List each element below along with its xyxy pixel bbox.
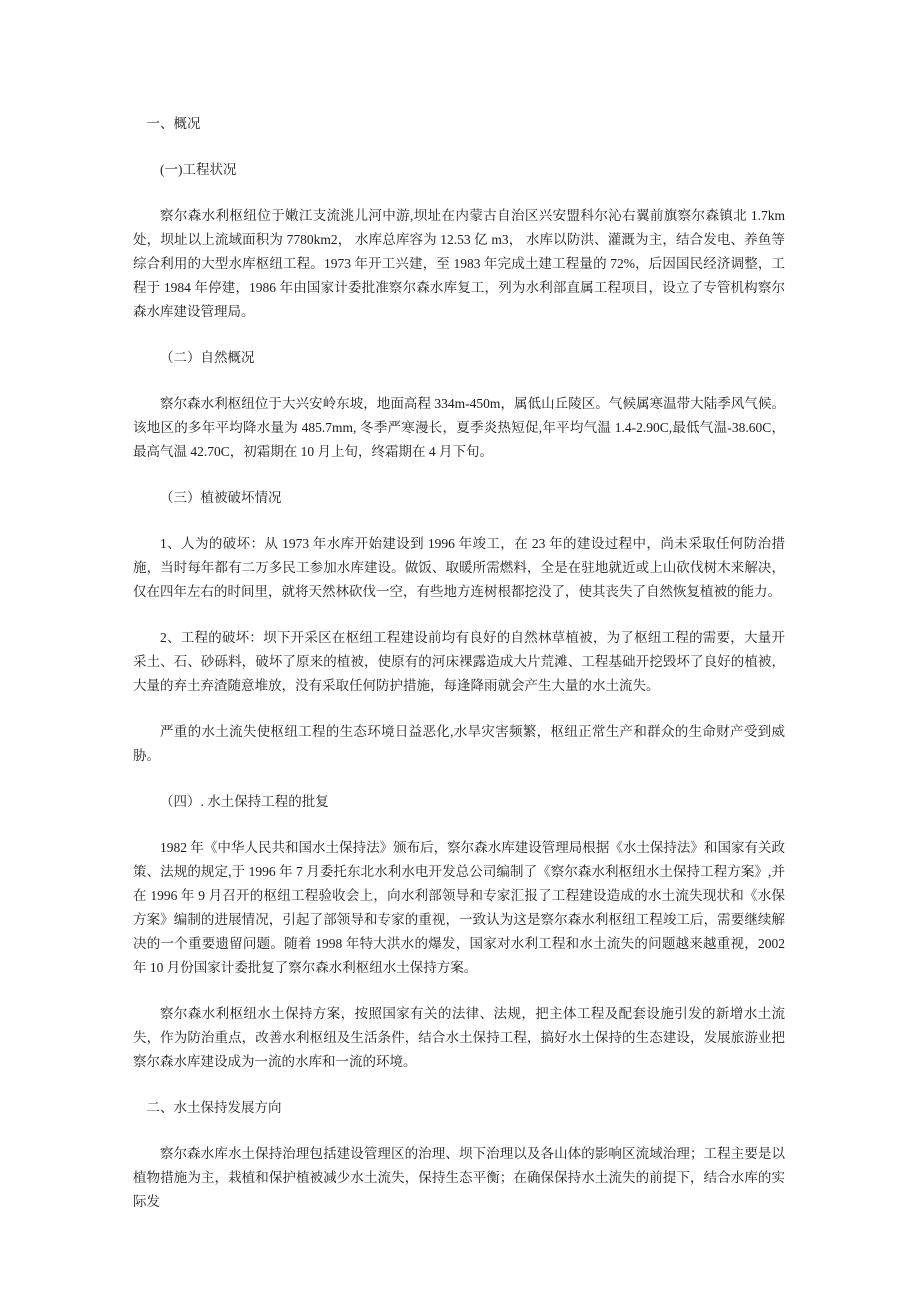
paragraph-project-status: 察尔森水利枢纽位于嫩江支流洮儿河中游,坝址在内蒙古自治区兴安盟科尔沁右翼前旗察尔… bbox=[133, 204, 785, 324]
paragraph-plan-focus: 察尔森水利枢纽水土保持方案，按照国家有关的法律、法规，把主体工程及配套设施引发的… bbox=[133, 1002, 785, 1074]
document-content: 一、概况 (一)工程状况 察尔森水利枢纽位于嫩江支流洮儿河中游,坝址在内蒙古自治… bbox=[133, 112, 785, 1214]
paragraph-human-damage: 1、人为的破坏：从 1973 年水库开始建设到 1996 年竣工，在 23 年的… bbox=[133, 532, 785, 604]
subsection-heading-project: (一)工程状况 bbox=[133, 158, 785, 182]
document-page: 一、概况 (一)工程状况 察尔森水利枢纽位于嫩江支流洮儿河中游,坝址在内蒙古自治… bbox=[0, 0, 920, 1302]
paragraph-natural-overview: 察尔森水利枢纽位于大兴安岭东坡，地面高程 334m-450m，属低山丘陵区。气候… bbox=[133, 392, 785, 464]
section-heading-overview: 一、概况 bbox=[133, 112, 785, 136]
paragraph-treatment-scope: 察尔森水库水土保持治理包括建设管理区的治理、坝下治理以及各山体的影响区流域治理；… bbox=[133, 1142, 785, 1214]
paragraph-project-damage: 2、工程的破坏：坝下开采区在枢纽工程建设前均有良好的自然林草植被，为了枢纽工程的… bbox=[133, 626, 785, 698]
paragraph-approval-history: 1982 年《中华人民共和国水土保持法》颁布后，察尔森水库建设管理局根据《水土保… bbox=[133, 836, 785, 980]
subsection-heading-nature: （二）自然概况 bbox=[133, 346, 785, 370]
paragraph-erosion-threat: 严重的水土流失使枢纽工程的生态环境日益恶化,水旱灾害频繁，枢纽正常生产和群众的生… bbox=[133, 720, 785, 768]
section-heading-direction: 二、水土保持发展方向 bbox=[133, 1096, 785, 1120]
subsection-heading-approval: （四）. 水土保持工程的批复 bbox=[133, 790, 785, 814]
subsection-heading-vegetation: （三）植被破坏情况 bbox=[133, 486, 785, 510]
